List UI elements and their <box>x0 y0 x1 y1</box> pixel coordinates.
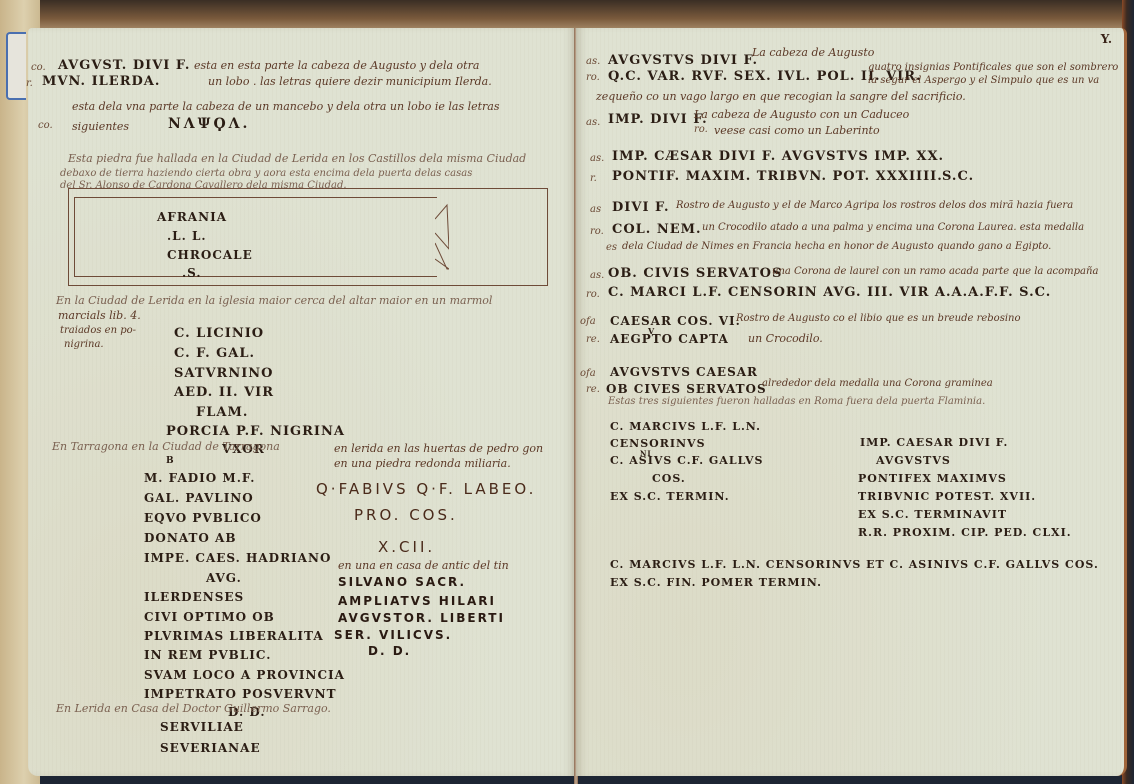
inscription-line: PONTIFEX MAXIMVS <box>858 472 1007 485</box>
coin-reverse-legend: AEGPTO CAPTA <box>610 332 729 346</box>
inscription-line: C. F. GAL. <box>174 346 255 361</box>
coin-obverse-note: una Corona de laurel con un ramo acada p… <box>772 266 1098 277</box>
inscription-line: IMPE. CAES. HADRIANO <box>144 551 331 565</box>
coin-note-line4: siguientes <box>72 120 129 133</box>
coin-reverse-legend: OB CIVES SERVATOS <box>606 382 767 396</box>
find-note-line: Estas tres siguientes fueron halladas en… <box>608 396 985 407</box>
inscription-line: Q·FABIVS Q·F. LABEO. <box>316 480 536 498</box>
coin-reverse-note: zequeño co un vago largo en que recogian… <box>596 90 966 103</box>
coin-obverse-note: Rostro de Augusto co el libio que es un … <box>736 313 1021 324</box>
inscription-line: AMPLIATVS HILARI <box>338 594 496 608</box>
reverse-marker: re. <box>586 334 600 345</box>
obverse-marker: co. <box>31 62 46 73</box>
inscription-line: PLVRIMAS LIBERALITA <box>144 629 324 643</box>
side-note: nigrina. <box>64 339 104 350</box>
inscription-line: EX S.C. TERMINAVIT <box>858 508 1007 521</box>
inscription-line: C. LICINIO <box>174 326 264 341</box>
coin-obverse-legend: DIVI F. <box>612 200 670 215</box>
coin-reverse-note: alrededor dela medalla una Corona gramin… <box>762 378 993 389</box>
inscription-line: AED. II. VIR <box>174 385 274 400</box>
inscription-line: FLAM. <box>196 405 248 420</box>
inscription-line: C. ASIVS C.F. GALLVS <box>610 454 763 467</box>
find-note-line: en una piedra redonda miliaria. <box>334 457 511 470</box>
coin-obverse-legend: IMP. CÆSAR DIVI F. AVGVSTVS IMP. XX. <box>612 149 944 164</box>
coin-obverse-note: esta en esta parte la cabeza de Augusto … <box>194 59 479 72</box>
coin-reverse-legend: MVN. ILERDA. <box>42 74 160 89</box>
reverse-marker: re. <box>586 384 600 395</box>
inscription-line: TRIBVNIC POTEST. XVII. <box>858 490 1036 503</box>
inscription-line: EQVO PVBLICO <box>144 511 262 525</box>
obverse-marker: as <box>590 204 601 215</box>
reverse-marker: ro. <box>586 72 600 83</box>
inscription-line: EX S.C. FIN. POMER TERMIN. <box>610 576 822 589</box>
iberian-legend: ΝΛΨϘΛ. <box>168 116 250 132</box>
obverse-marker: as. <box>586 56 600 67</box>
inscription-line: IMPETRATO POSVERVNT <box>144 687 337 701</box>
inscription-line: SEVERIANAE <box>160 741 261 755</box>
inscription-line: ILERDENSES <box>144 590 244 604</box>
tablet-handle-drawing <box>435 197 449 277</box>
inscription-line: AVG. <box>206 571 242 585</box>
inscription-line: C. MARCIVS L.F. L.N. <box>610 420 761 433</box>
inscription-line: PRO. COS. <box>354 506 458 524</box>
obverse-marker: ofa <box>580 368 596 379</box>
coin-reverse-note: veese casi como un Laberinto <box>714 124 880 137</box>
inscription-line: R.R. PROXIM. CIP. PED. CLXI. <box>858 526 1072 539</box>
coin-obverse-note: La cabeza de Augusto <box>752 46 874 59</box>
coin-reverse-note: un Crocodilo. <box>748 332 823 345</box>
coin-reverse-suffix: S.C. <box>942 169 974 184</box>
coin-reverse-legend: COL. NEM. <box>612 222 702 237</box>
reverse-marker: r. <box>590 173 597 184</box>
inscription-line: DONATO AB <box>144 531 237 545</box>
page-number: Y. <box>1101 32 1112 46</box>
reverse-marker: r. <box>26 78 33 89</box>
inscription-box: AFRANIA .L. L. CHROCALE .S. <box>68 188 548 286</box>
find-note-line: Esta piedra fue hallada en la Ciudad de … <box>68 152 526 165</box>
left-page: co. AVGVST. DIVI F. esta en esta parte l… <box>28 28 576 776</box>
bookmark-tab <box>6 32 26 100</box>
coin-reverse-note: quatro insignias Pontificales que son el… <box>868 62 1118 73</box>
inscription-line: SILVANO SACR. <box>338 575 466 589</box>
inscription-line: PORCIA P.F. NIGRINA <box>166 424 345 439</box>
find-note-line: marcials lib. 4. <box>58 309 141 322</box>
inscription-line: CIVI OPTIMO OB <box>144 610 275 624</box>
inscription-line: AVGVSTVS <box>876 454 951 467</box>
reverse-marker: ro. <box>694 124 708 135</box>
find-note-line: debaxo de tierra haziendo cierta obra y … <box>60 168 472 179</box>
coin-obverse-note: Rostro de Augusto y el de Marco Agripa l… <box>676 200 1073 211</box>
inscription-line: AVGVSTOR. LIBERTI <box>338 611 505 625</box>
find-note-line: En Tarragona en la Ciudad de Tarragona <box>52 440 280 453</box>
obverse-marker: as. <box>586 117 600 128</box>
obverse-marker: as. <box>590 270 604 281</box>
coin-obverse-legend: AVGVST. DIVI F. <box>58 58 190 73</box>
inscription-line: SVAM LOCO A PROVINCIA <box>144 668 345 682</box>
inscription-line: CENSORINVS <box>610 437 706 450</box>
inscription-line: EX S.C. TERMIN. <box>610 490 730 503</box>
coin-obverse-legend: AVGVSTVS DIVI F. <box>608 53 758 68</box>
coin-reverse-legend: PONTIF. MAXIM. TRIBVN. POT. XXXIIII. <box>612 169 943 184</box>
inscription-line: D. D. <box>368 644 411 658</box>
reverse-marker: ro. <box>590 226 604 237</box>
right-page: Y. as. AVGVSTVS DIVI F. La cabeza de Aug… <box>576 28 1127 776</box>
inscription-line: M. FADIO M.F. <box>144 471 255 485</box>
inscription-line: IMP. CAESAR DIVI F. <box>860 436 1008 449</box>
inscription-line: CHROCALE <box>167 248 253 262</box>
inscription-line: .L. L. <box>167 229 207 243</box>
inscription-line: IN REM PVBLIC. <box>144 648 271 662</box>
coin-obverse-legend: IMP. DIVI F. <box>608 112 708 127</box>
coin-reverse-note: la segur el Aspergo y el Simpulo que es … <box>868 75 1099 86</box>
coin-obverse-legend: OB. CIVIS SERVATOS <box>608 266 782 281</box>
coin-reverse-note: un Crocodilo atado a una palma y encima … <box>702 222 1084 233</box>
inscription-line: COS. <box>652 472 686 485</box>
inscription-line: SATVRNINO <box>174 366 274 381</box>
coin-obverse-legend: CAESAR COS. VI. <box>610 314 741 328</box>
inscription-line: SERVILIAE <box>160 720 244 734</box>
reverse-marker: ro. <box>586 289 600 300</box>
coin-reverse-legend: C. MARCI L.F. CENSORIN AVG. III. VIR A.A… <box>608 285 1051 300</box>
find-note-line: en una en casa de antic del tin <box>338 559 509 572</box>
note-marker: es <box>606 242 617 253</box>
inscription-line: AFRANIA <box>157 210 227 224</box>
side-note: traiados en po- <box>60 325 136 336</box>
find-note-line: En Lerida en Casa del Doctor Guillermo S… <box>56 702 331 715</box>
obverse-marker-2: co. <box>38 120 53 131</box>
coin-obverse-legend: AVGVSTVS CAESAR <box>610 365 758 379</box>
obverse-marker: ofa <box>580 316 596 327</box>
inscription-line: SER. VILICVS. <box>334 628 452 642</box>
inscription-line: X.CII. <box>378 538 435 556</box>
coin-note-line3: esta dela vna parte la cabeza de un manc… <box>72 100 500 113</box>
inscription-line: .S. <box>182 266 202 280</box>
insert-mark: B <box>166 456 175 466</box>
coin-reverse-note: un lobo . las letras quiere dezir munici… <box>208 75 492 88</box>
coin-obverse-note: La cabeza de Augusto con un Caduceo <box>694 108 909 121</box>
coin-note-line: dela Ciudad de Nimes en Francia hecha en… <box>622 241 1051 252</box>
inscription-tablet: AFRANIA .L. L. CHROCALE .S. <box>74 197 437 277</box>
find-note-line: En la Ciudad de Lerida en la iglesia mai… <box>56 294 492 307</box>
find-note-line: en lerida en las huertas de pedro gon <box>334 442 543 455</box>
inscription-line: GAL. PAVLINO <box>144 491 254 505</box>
obverse-marker: as. <box>590 153 604 164</box>
inscription-line: C. MARCIVS L.F. L.N. CENSORINVS ET C. AS… <box>610 558 1099 571</box>
